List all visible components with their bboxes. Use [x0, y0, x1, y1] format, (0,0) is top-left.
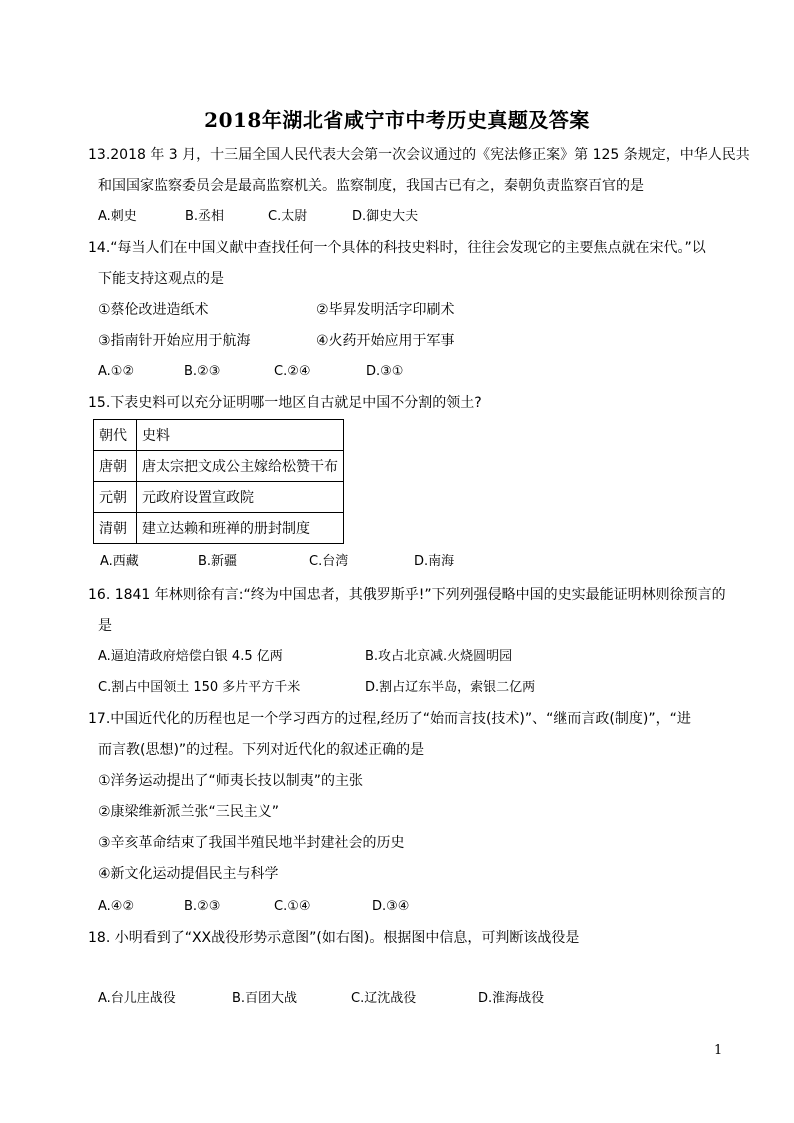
statement-3: ③指南针开始应用于航海: [98, 332, 251, 350]
table-cell-source: 唐太宗把文成公主嫁给松赞干布: [137, 451, 344, 482]
statement-3: ③辛亥革命结束了我国半殖民地半封建社会的历史: [98, 834, 405, 852]
question-13-text-line-1: 13.2018 年 3 月，十三届全国人民代表大会第一次会议通过的《宪法修正案》…: [88, 146, 750, 164]
question-15-text: 15.下表史料可以充分证明哪一地区自古就足中国不分割的领土?: [88, 394, 482, 412]
table-row: 清朝 建立达赖和班禅的册封制度: [94, 513, 344, 544]
option-d: D.③④: [372, 898, 409, 916]
question-17-text-line-1: 17.中国近代化的历程也足一个学习西方的过程,经历了“始而言技(技术)”、“继而…: [88, 710, 691, 728]
document-title: 2018年湖北省咸宁市中考历史真题及答案: [0, 104, 794, 133]
statement-1: ①蔡伦改进造纸术: [98, 301, 209, 319]
option-a: A.西藏: [100, 553, 139, 571]
table-cell-dynasty: 元朝: [94, 482, 137, 513]
question-13-text-line-2: 和国国家监察委员会是最高监察机关。监察制度，我国古已有之，秦朝负责监察百官的是: [98, 177, 644, 195]
historical-sources-table: 朝代 史料 唐朝 唐太宗把文成公主嫁给松赞干布 元朝 元政府设置宣政院 清朝 建…: [93, 419, 344, 544]
option-d: D.割占辽东半岛，索银二亿两: [365, 679, 535, 697]
option-d: D.淮海战役: [478, 990, 544, 1008]
option-b: B.攻占北京减.火烧圆明园: [365, 648, 512, 666]
question-16-text-line-1: 16. 1841 年林则徐有言:“终为中国忠者，其俄罗斯乎!”下列列强侵略中国的…: [88, 586, 726, 604]
table-cell-dynasty: 清朝: [94, 513, 137, 544]
option-b: B.②③: [184, 898, 220, 916]
option-c: C.太尉: [268, 208, 307, 226]
table-row: 唐朝 唐太宗把文成公主嫁给松赞干布: [94, 451, 344, 482]
question-14-text-line-1: 14.“每当人们在中国义献中查找任何一个具体的科技史料时，往往会发现它的主要焦点…: [88, 239, 706, 257]
option-c: C.②④: [274, 363, 311, 381]
option-c: C.台湾: [309, 553, 348, 571]
page-number: 1: [714, 1043, 722, 1058]
question-14-text-line-2: 下能支持这观点的是: [98, 270, 224, 288]
option-c: C.割占中国领土 150 多片平方千米: [98, 679, 300, 697]
option-a: A.逼迫清政府焙偿白银 4.5 亿两: [98, 648, 283, 666]
statement-1: ①洋务运动提出了“师夷长技以制夷”的主张: [98, 772, 363, 790]
question-18-text: 18. 小明看到了“XX战役形势示意图”(如右图)。根据图中信息，可判断该战役是: [88, 929, 579, 947]
table-cell-source: 元政府设置宣政院: [137, 482, 344, 513]
option-d: D.御史大夫: [352, 208, 418, 226]
table-cell-dynasty: 唐朝: [94, 451, 137, 482]
table-row: 元朝 元政府设置宣政院: [94, 482, 344, 513]
option-d: D.南海: [414, 553, 454, 571]
statement-2: ②毕昇发明活字印刷术: [316, 301, 455, 319]
table-header-row: 朝代 史料: [94, 420, 344, 451]
table-header-source: 史料: [137, 420, 344, 451]
option-c: C.辽沈战役: [351, 990, 416, 1008]
option-b: B.②③: [184, 363, 220, 381]
statement-4: ④新文化运动提倡民主与科学: [98, 865, 279, 883]
option-c: C.①④: [274, 898, 311, 916]
statement-2: ②康梁维新派兰张“三民主义”: [98, 803, 279, 821]
option-b: B.丞相: [185, 208, 224, 226]
question-16-text-line-2: 是: [98, 617, 112, 635]
option-a: A.刺史: [98, 208, 137, 226]
option-a: A.④②: [98, 898, 134, 916]
option-a: A.①②: [98, 363, 134, 381]
table-header-dynasty: 朝代: [94, 420, 137, 451]
table-cell-source: 建立达赖和班禅的册封制度: [137, 513, 344, 544]
option-b: B.百团大战: [232, 990, 297, 1008]
option-b: B.新疆: [198, 553, 237, 571]
question-17-text-line-2: 而言教(思想)”的过程。下列对近代化的叙述正确的是: [98, 741, 424, 759]
option-d: D.③①: [366, 363, 403, 381]
option-a: A.台儿庄战役: [98, 990, 176, 1008]
statement-4: ④火药开始应用于军事: [316, 332, 455, 350]
